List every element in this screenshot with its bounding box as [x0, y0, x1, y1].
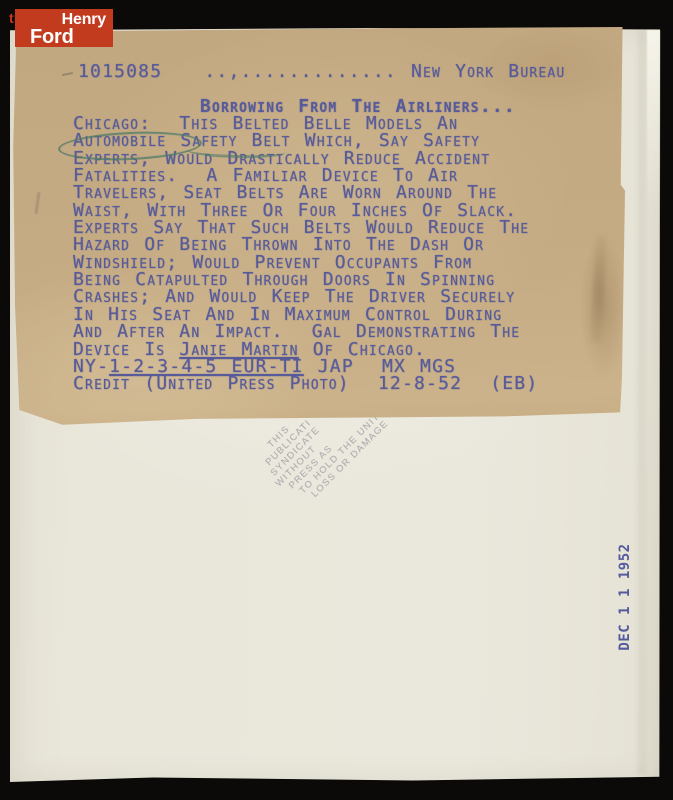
typed-caption: 1015085 ..,............. New York Bureau… — [73, 63, 585, 393]
scanned-photo-back: THISPUBLICATISYNDICATEWITHOUTPRESS ASTO … — [0, 0, 673, 800]
henry-ford-logo: the Henry Ford — [8, 8, 118, 50]
logo-ford-text: Ford — [15, 28, 113, 46]
paper-edge-shade — [638, 30, 646, 775]
logo-red-box: Henry Ford — [15, 9, 113, 47]
paper-edge-highlight — [647, 30, 660, 215]
caption-line: 1015085 ..,............. New York Bureau — [73, 63, 585, 80]
caption-line: Credit (United Press Photo) 12-8-52 (EB) — [73, 375, 585, 392]
date-received-stamp: DEC 1 1 1952 — [617, 542, 643, 652]
